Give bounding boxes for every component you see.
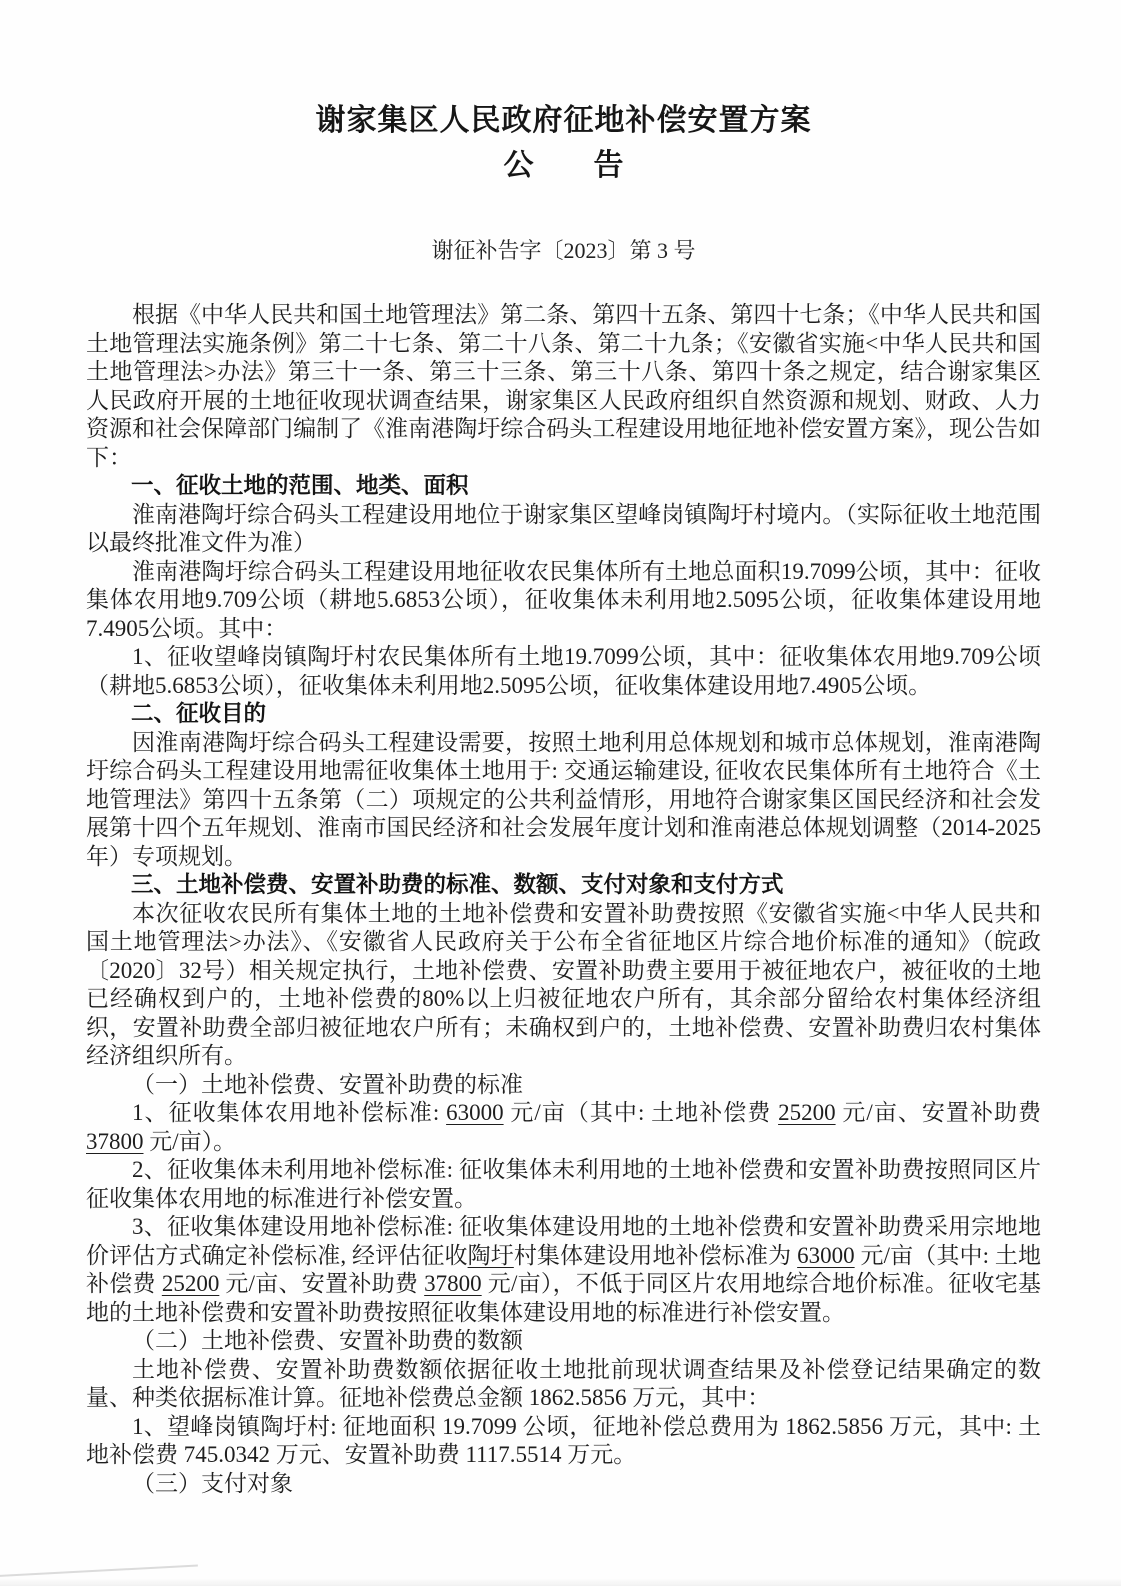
scan-edge-shadow xyxy=(0,1578,1121,1586)
sub-heading: （一）土地补偿费、安置补助费的标准 xyxy=(86,1071,1041,1100)
paragraph: 淮南港陶圩综合码头工程建设用地位于谢家集区望峰岗镇陶圩村境内。（实际征收土地范围… xyxy=(86,501,1041,558)
text-run: 元/亩、安置补助费 xyxy=(836,1100,1041,1125)
paragraph: 本次征收农民所有集体土地的土地补偿费和安置补助费按照《安徽省实施<中华人民共和国… xyxy=(86,900,1041,1071)
text-run: 1、征收集体农用地补偿标准: xyxy=(132,1100,446,1125)
text-run: 1、征收望峰岗镇陶圩村农民集体所有土地19.7099公顷，其中：征收集体农用地9… xyxy=(86,644,1041,698)
paragraph: 根据《中华人民共和国土地管理法》第二条、第四十五条、第四十七条；《中华人民共和国… xyxy=(86,301,1041,472)
underlined-value: 25200 xyxy=(162,1271,220,1296)
text-run: （一）土地补偿费、安置补助费的标准 xyxy=(132,1072,523,1097)
paragraph: 2、征收集体未利用地补偿标准: 征收集体未利用地的土地补偿费和安置补助费按照同区… xyxy=(86,1156,1041,1213)
underlined-value: 25200 xyxy=(778,1100,836,1125)
paragraph: 3、征收集体建设用地补偿标准: 征收集体建设用地的土地补偿费和安置补助费采用宗地… xyxy=(86,1213,1041,1327)
section-heading: 一、征收土地的范围、地类、面积 xyxy=(86,472,1041,501)
sub-heading: （二）土地补偿费、安置补助费的数额 xyxy=(86,1327,1041,1356)
document-number: 谢征补告字〔2023〕第 3 号 xyxy=(86,234,1041,265)
text-run: （二）土地补偿费、安置补助费的数额 xyxy=(132,1328,523,1353)
paragraph: 淮南港陶圩综合码头工程建设用地征收农民集体所有土地总面积19.7099公顷，其中… xyxy=(86,558,1041,644)
paragraph: 土地补偿费、安置补助费数额依据征收土地批前现状调查结果及补偿登记结果确定的数量、… xyxy=(86,1356,1041,1413)
text-run: 三、土地补偿费、安置补助费的标准、数额、支付对象和支付方式 xyxy=(131,872,784,897)
text-run: 元/亩、安置补助费 xyxy=(219,1271,424,1296)
text-run: 土地补偿费、安置补助费数额依据征收土地批前现状调查结果及补偿登记结果确定的数量、… xyxy=(86,1357,1041,1411)
section-heading: 三、土地补偿费、安置补助费的标准、数额、支付对象和支付方式 xyxy=(86,871,1041,900)
document-subtitle: 公 告 xyxy=(86,144,1041,188)
paragraph: 因淮南港陶圩综合码头工程建设需要，按照土地利用总体规划和城市总体规划，淮南港陶圩… xyxy=(86,729,1041,872)
document-title: 谢家集区人民政府征地补偿安置方案 xyxy=(86,100,1041,142)
document-paragraphs: 根据《中华人民共和国土地管理法》第二条、第四十五条、第四十七条；《中华人民共和国… xyxy=(86,301,1041,1498)
text-run: 1、望峰岗镇陶圩村: 征地面积 19.7099 公顷，征地补偿总费用为 1862… xyxy=(86,1414,1041,1468)
paragraph: 1、望峰岗镇陶圩村: 征地面积 19.7099 公顷，征地补偿总费用为 1862… xyxy=(86,1413,1041,1470)
paragraph: 1、征收集体农用地补偿标准: 63000 元/亩（其中: 土地补偿费 25200… xyxy=(86,1099,1041,1156)
text-run: 淮南港陶圩综合码头工程建设用地征收农民集体所有土地总面积19.7099公顷，其中… xyxy=(86,559,1041,641)
underlined-value: 37800 xyxy=(424,1271,482,1296)
document-content: 谢家集区人民政府征地补偿安置方案 公 告 谢征补告字〔2023〕第 3 号 根据… xyxy=(0,0,1121,1498)
text-run: （三）支付对象 xyxy=(132,1471,293,1496)
text-run: 2、征收集体未利用地补偿标准: 征收集体未利用地的土地补偿费和安置补助费按照同区… xyxy=(86,1157,1041,1211)
text-run: 二、征收目的 xyxy=(131,701,266,726)
scanned-document-page: 谢家集区人民政府征地补偿安置方案 公 告 谢征补告字〔2023〕第 3 号 根据… xyxy=(0,0,1121,1586)
text-run: 元/亩（其中: 土地补偿费 xyxy=(504,1100,778,1125)
text-run: 因淮南港陶圩综合码头工程建设需要，按照土地利用总体规划和城市总体规划，淮南港陶圩… xyxy=(86,730,1041,869)
section-heading: 二、征收目的 xyxy=(86,700,1041,729)
underlined-value: 陶圩 xyxy=(468,1243,514,1268)
sub-heading: （三）支付对象 xyxy=(86,1470,1041,1499)
text-run: 本次征收农民所有集体土地的土地补偿费和安置补助费按照《安徽省实施<中华人民共和国… xyxy=(86,901,1041,1069)
text-run: 一、征收土地的范围、地类、面积 xyxy=(131,473,469,498)
scan-artifact-line xyxy=(0,1565,198,1578)
underlined-value: 63000 xyxy=(797,1243,855,1268)
text-run: 根据《中华人民共和国土地管理法》第二条、第四十五条、第四十七条；《中华人民共和国… xyxy=(86,302,1041,470)
text-run: 村集体建设用地补偿标准为 xyxy=(514,1243,797,1268)
paragraph: 1、征收望峰岗镇陶圩村农民集体所有土地19.7099公顷，其中：征收集体农用地9… xyxy=(86,643,1041,700)
text-run: 元/亩）。 xyxy=(144,1129,237,1154)
underlined-value: 37800 xyxy=(86,1129,144,1154)
underlined-value: 63000 xyxy=(446,1100,504,1125)
text-run: 淮南港陶圩综合码头工程建设用地位于谢家集区望峰岗镇陶圩村境内。（实际征收土地范围… xyxy=(86,502,1041,556)
